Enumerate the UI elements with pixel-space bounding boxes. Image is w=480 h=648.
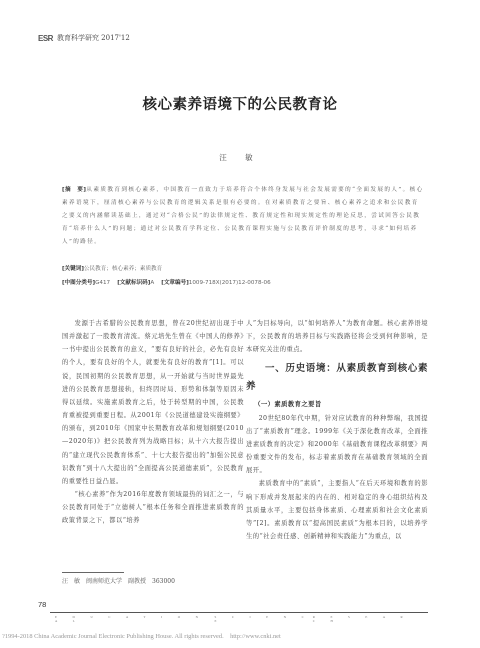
footnote-divider: [62, 572, 124, 573]
footer-word: R E S E A R C H: [313, 615, 427, 623]
author-footnote: 汪 敏 闽南师范大学 副教授 363000: [62, 576, 175, 585]
abstract: [摘 要]从素质教育到核心素养，中国教育一直致力于培养符合个体终身发展与社会发展…: [62, 184, 424, 249]
clc-value: G417: [95, 280, 110, 286]
body-paragraph: 人”为目标导向，以“如何培养人”为教育命题。核心素养语境下，公民教育的培养目标与…: [246, 317, 428, 356]
body-paragraph: “核心素养”作为2016年度教育领域最热的词汇之一，与公民教育同处于“立德树人”…: [62, 488, 244, 527]
abstract-label: [摘 要]: [62, 187, 86, 193]
article-no-label: [文章编号]: [161, 280, 189, 286]
body-paragraph: 20世纪80年代中期，针对应试教育的种种弊端，我国提出了“素质教育”理念。199…: [246, 412, 428, 478]
classification-line: [中图分类号]G417 [文献标识码]A [文章编号]1009-718X(201…: [62, 278, 424, 286]
footer-word: E D U C A T I O N A L: [55, 615, 214, 623]
running-header: ESR 教育科学研究 2017'12: [38, 33, 130, 43]
journal-issue: 教育科学研究 2017'12: [57, 33, 130, 43]
abstract-text: 从素质教育到核心素养，中国教育一直致力于培养符合个体终身发展与社会发展需要的“全…: [62, 187, 424, 245]
footer-word: S C I E N C E: [214, 615, 312, 623]
keywords-label: [关键词]: [62, 266, 84, 272]
copyright-notice: ?1994-2018 China Academic Journal Electr…: [2, 633, 281, 640]
body-column-left: 发源于古希腊的公民教育思想，曾在20世纪初出现于中国并激起了一股教育清流。蔡元培…: [62, 317, 244, 528]
doc-code-label: [文献标识码]: [117, 280, 150, 286]
article-title: 核心素养语境下的公民教育论: [0, 93, 480, 114]
journal-logo: ESR: [38, 34, 53, 43]
footer-divider: [50, 612, 428, 613]
article-no-value: 1009-718X(2017)12-0078-06: [189, 280, 271, 286]
section-heading: 一、历史语境：从素质教育到核心素养: [246, 360, 428, 396]
subsection-heading: （一）素质教育之要旨: [246, 398, 428, 411]
body-paragraph: 素质教育中的“素质”，主要指人“在后天环境和教育的影响下形成并发展起来的内在的、…: [246, 477, 428, 543]
clc-label: [中图分类号]: [62, 280, 95, 286]
body-column-right: 人”为目标导向，以“如何培养人”为教育命题。核心素养语境下，公民教育的培养目标与…: [246, 317, 428, 543]
article-author: 汪 敏: [0, 152, 480, 163]
page-number: 78: [38, 600, 46, 609]
body-paragraph: 发源于古希腊的公民教育思想，曾在20世纪初出现于中国并激起了一股教育清流。蔡元培…: [62, 317, 244, 488]
footer-journal-name: E D U C A T I O N A L S C I E N C E R E …: [55, 615, 427, 623]
doc-code-value: A: [150, 280, 154, 286]
keywords-line: [关键词]公民教育；核心素养；素质教育: [62, 264, 424, 272]
keywords-value: 公民教育；核心素养；素质教育: [84, 266, 162, 272]
